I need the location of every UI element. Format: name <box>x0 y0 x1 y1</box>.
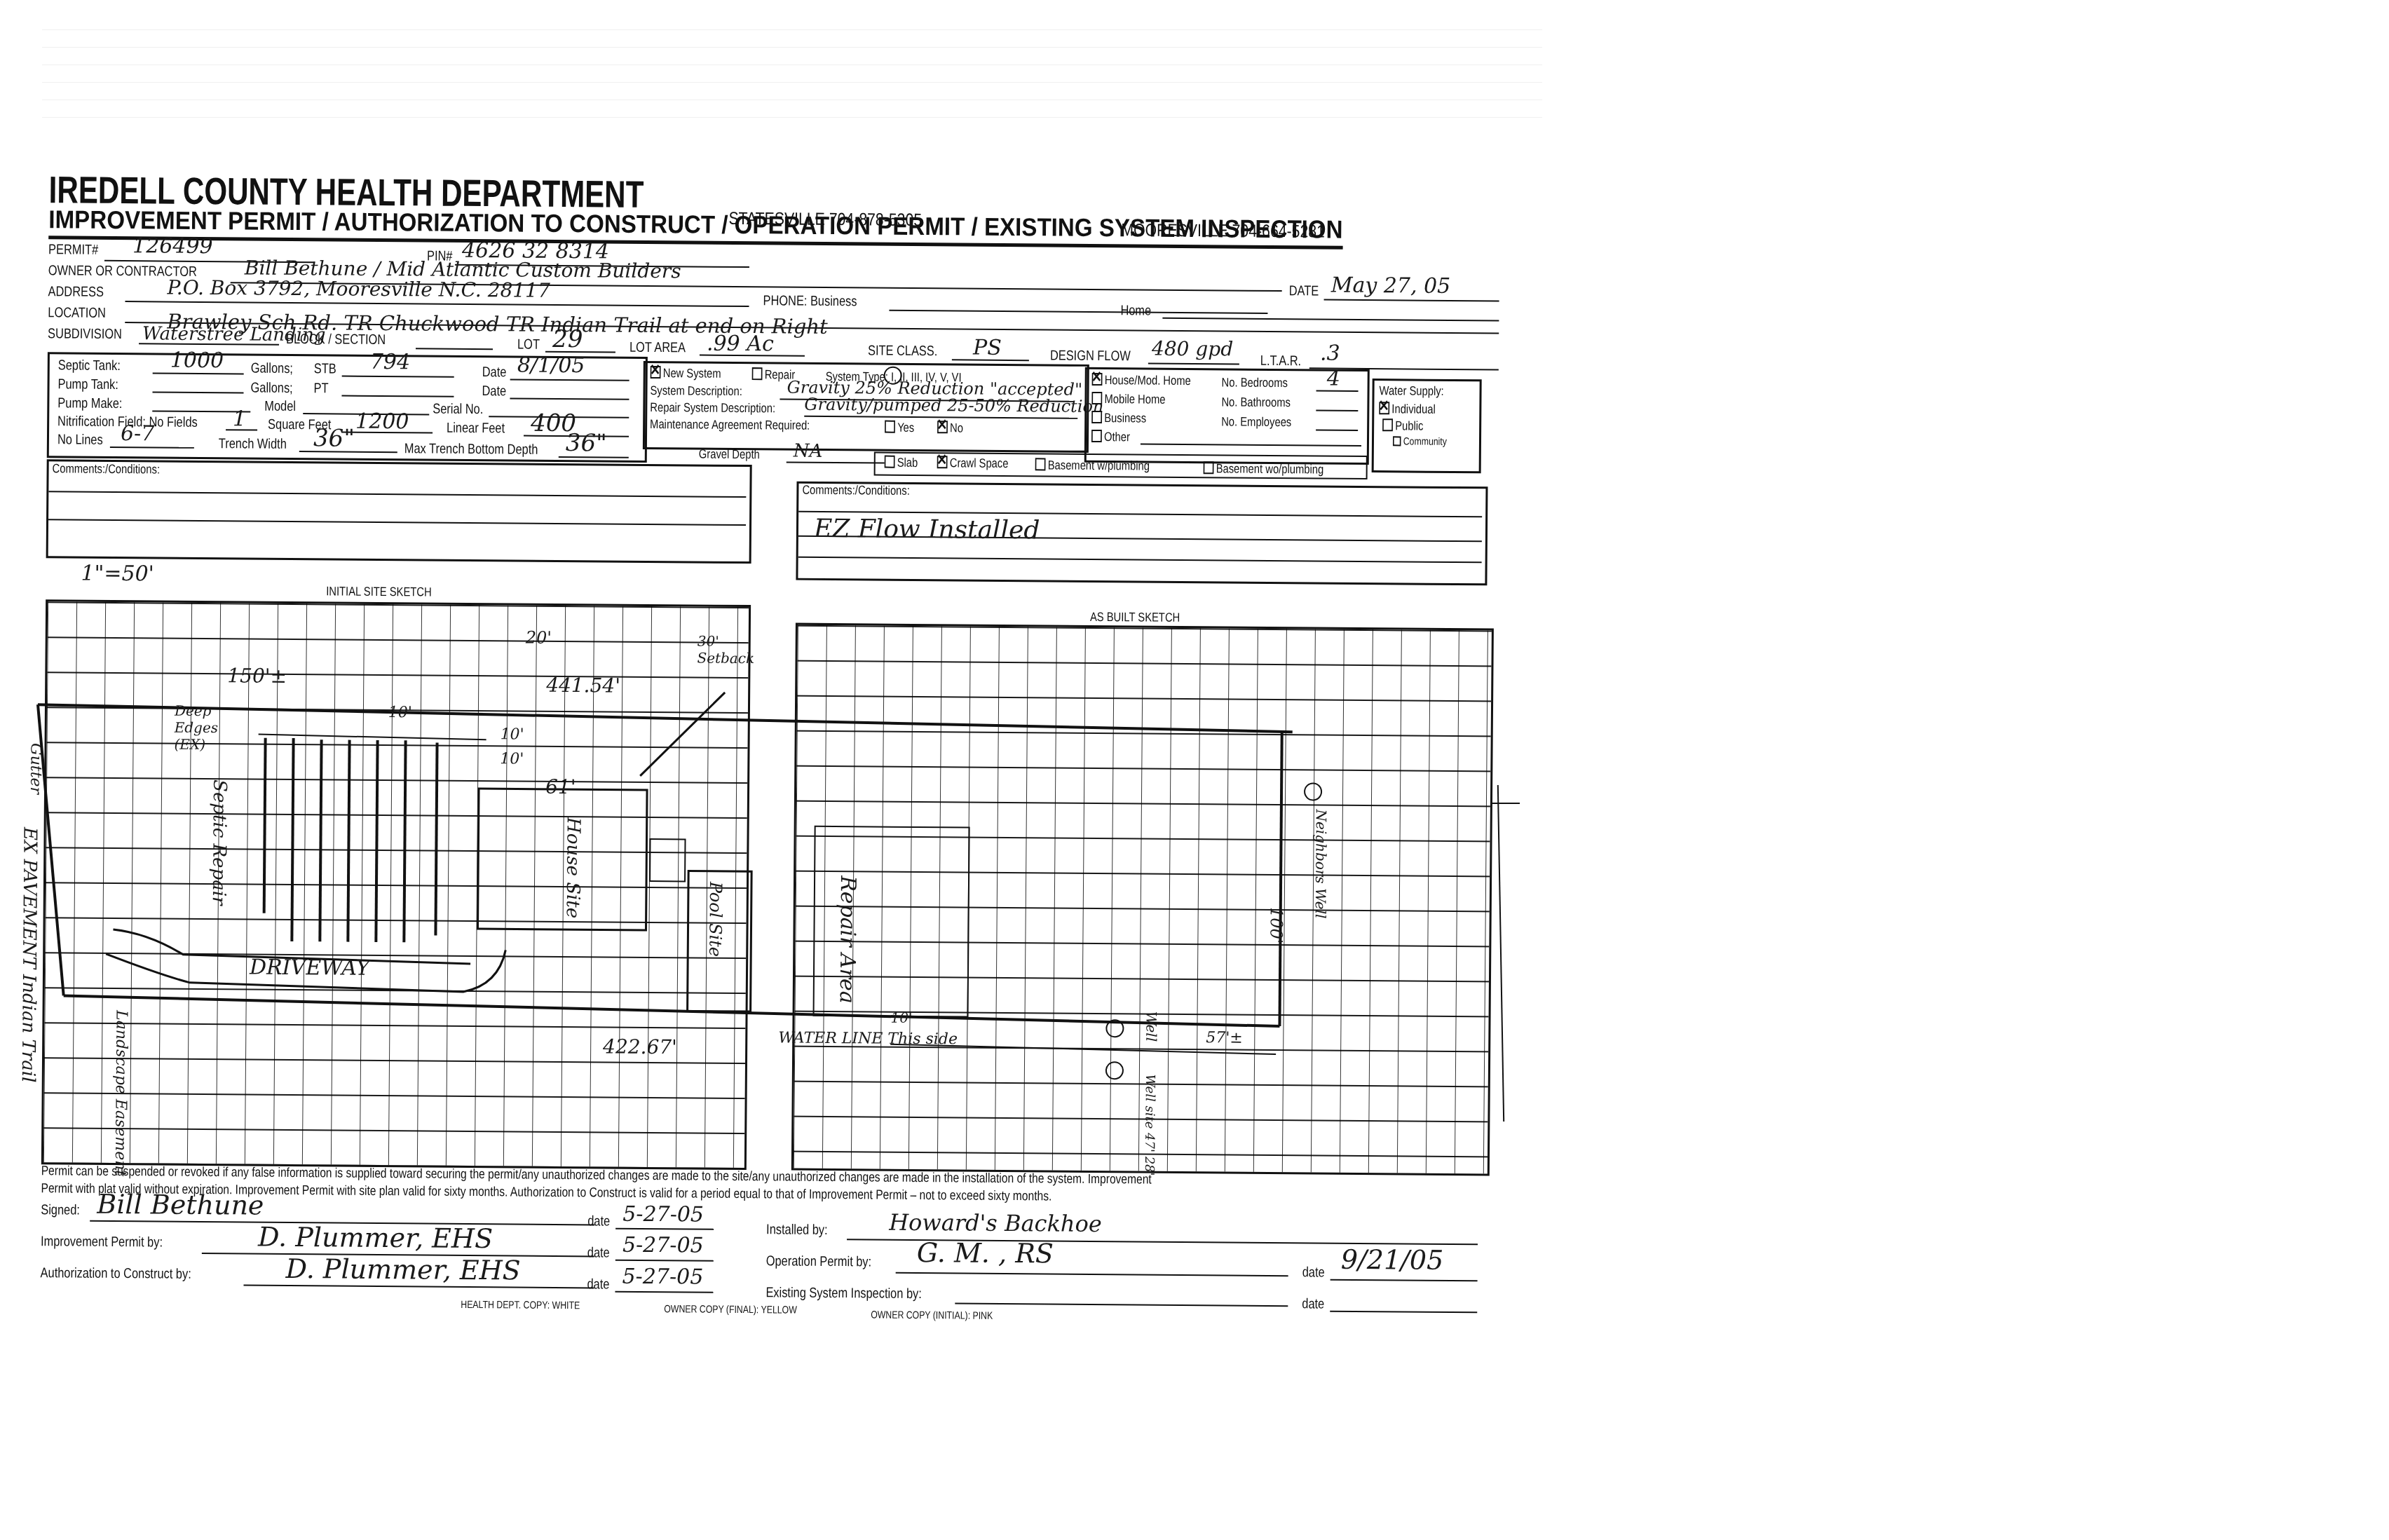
scan-noise <box>42 21 1542 126</box>
sketch-dim-150: 150'± <box>227 664 287 688</box>
sketch-dim-20: 20' <box>526 628 552 648</box>
asbuilt-dim-100: 100' <box>1266 907 1286 944</box>
operation-date[interactable]: 9/21/05 <box>1341 1244 1444 1276</box>
signed-date[interactable]: 5-27-05 <box>622 1202 704 1227</box>
sketch-setback: 30' Setback <box>697 633 739 667</box>
site-sketch-drawing <box>20 168 1521 1232</box>
sketch-gutter: Gutter <box>27 743 45 794</box>
operation-signature[interactable]: G. M. , RS <box>917 1237 1054 1269</box>
asbuilt-dim-10: 10' <box>890 1009 912 1026</box>
installed-value[interactable]: Howard's Backhoe <box>889 1209 1102 1237</box>
health-copy: HEALTH DEPT. COPY: WHITE <box>461 1299 580 1311</box>
asbuilt-repair-area: Repair Area <box>835 875 860 1004</box>
signed-date-label: date <box>587 1213 610 1229</box>
authorization-date-label: date <box>587 1276 609 1293</box>
page-edge-tick <box>1492 803 1520 804</box>
signed-label: Signed: <box>41 1202 80 1218</box>
existing-label: Existing System Inspection by: <box>765 1285 922 1302</box>
sketch-ex-pavement: EX PAVEMENT Indian Trail <box>18 827 41 1083</box>
asbuilt-water-line: WATER LINE This side <box>778 1029 958 1048</box>
existing-date-label: date <box>1302 1296 1324 1312</box>
sketch-deep-edges: Deep Edges (EX) <box>174 702 231 754</box>
sketch-landscape-easement: Landscape Easement <box>111 1010 130 1176</box>
signed-signature[interactable]: Bill Bethune <box>97 1189 264 1221</box>
asbuilt-dim-57: 57'± <box>1206 1029 1243 1047</box>
sketch-dim-10b: 10' <box>501 725 524 743</box>
installed-label: Installed by: <box>766 1222 828 1239</box>
sketch-dim-61: 61' <box>545 775 576 798</box>
improvement-date-label: date <box>587 1245 610 1261</box>
sketch-dim-441: 441.54' <box>546 674 620 697</box>
sketch-house-site: House Site <box>562 817 584 918</box>
sketch-driveway: DRIVEWAY <box>250 955 370 981</box>
asbuilt-well: Well <box>1143 1011 1159 1042</box>
sketch-dim-10a: 10' <box>388 704 412 721</box>
sketch-pool-site: Pool Site <box>705 882 726 958</box>
owner-initial-copy: OWNER COPY (INITIAL): PINK <box>871 1309 993 1321</box>
authorization-label: Authorization to Construct by: <box>41 1265 191 1283</box>
authorization-date[interactable]: 5-27-05 <box>622 1265 703 1290</box>
operation-date-label: date <box>1302 1265 1325 1281</box>
operation-label: Operation Permit by: <box>766 1253 872 1270</box>
sketch-dim-422: 422.67' <box>603 1035 677 1058</box>
permit-form: IREDELL COUNTY HEALTH DEPARTMENT STATESV… <box>19 168 1521 1372</box>
authorization-signature[interactable]: D. Plummer, EHS <box>286 1253 521 1286</box>
improvement-signature[interactable]: D. Plummer, EHS <box>258 1222 493 1255</box>
owner-final-copy: OWNER COPY (FINAL): YELLOW <box>664 1303 797 1316</box>
improvement-label: Improvement Permit by: <box>41 1234 163 1251</box>
sketch-dim-10c: 10' <box>500 750 524 768</box>
sketch-septic-repair: Septic Repair <box>208 779 230 906</box>
asbuilt-neighbors-well: Neighbors Well <box>1312 809 1330 918</box>
improvement-date[interactable]: 5-27-05 <box>622 1233 704 1258</box>
asbuilt-well-site: Well site 47' 28' <box>1142 1075 1157 1176</box>
